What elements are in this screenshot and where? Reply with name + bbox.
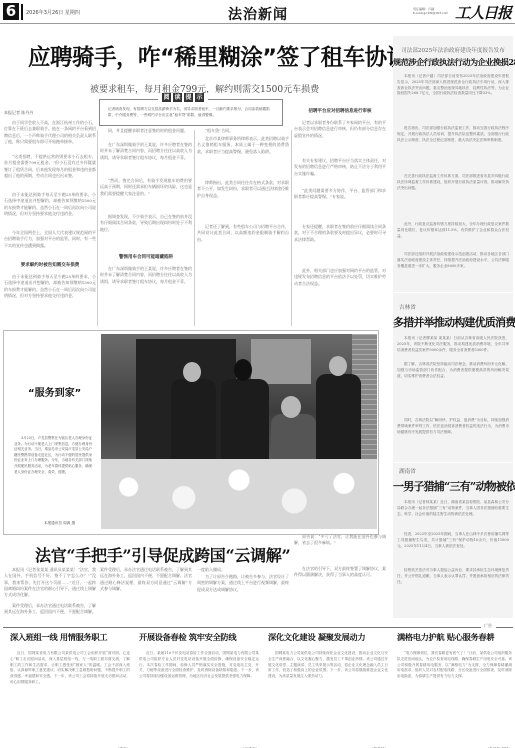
reading-tips-label: 阅 读 提 示 — [158, 93, 208, 102]
editor-info: 责任编辑：卢越 E-mail:grrbfz@163.com — [413, 7, 448, 15]
ad-column: 深入班组一线 用情服务职工 近日，国网某省电力有限公司某供电公司工会组织开展“面… — [10, 632, 130, 748]
newspaper-logo: 工人日报 — [455, 2, 511, 23]
ad-body: 近日，国网某省电力有限公司某供电公司工会组织开展“面对面、心连心”职工走访慰问活… — [10, 651, 130, 746]
reading-tips-char: 读 — [173, 93, 182, 102]
ad-column: 开展设备春检 筑牢安全防线 近日，某地110千伏变电站春检工作全面启动，国网某电… — [139, 632, 259, 748]
main-story-column-3: “租车贷”合同。 北京市某律师事务所律师表示，此类招聘以骑手名义推销租车服务，本… — [197, 128, 289, 328]
rail-divider — [393, 462, 513, 463]
second-story-column-2: 案件受理后，承办法官通过电话联系被告，了解到其远在海外务工，返回国内不便，不愿配… — [100, 567, 192, 619]
paragraph: 案件受理后，承办法官通过电话联系被告，了解到其远在海外务工，返回国内不便，不愿配… — [4, 603, 96, 615]
ad-title: 深化文化建设 凝聚发展动力 — [268, 632, 388, 643]
paragraph: 由于未能达到骑手每天至少跑25单的要求，小石选择中途退出并想解约，却被告知须缴纳… — [4, 274, 96, 322]
paragraph: 由于同学会收入不高，在浙江杭州工作的小石，打算在下班后去兼职骑手。他在一条网约平… — [4, 120, 96, 154]
paragraph: 经查，2022年至2025年期间，当事人在山林中多次使用捕鸟网等工具猎捕野生鸟类… — [393, 532, 513, 568]
rail-story-title: 一男子猎捕“三有”动物被依法处理 — [393, 478, 513, 494]
right-rail: 司法部2025年法治政府建设年度报告发布 规范涉企行政执法行动为企业挽损288.… — [393, 36, 513, 618]
paragraph: 案件受理后，承办法官通过电话联系被告，了解到其远在海外务工，返回国内不便，不愿配… — [100, 567, 192, 617]
ad-divider — [3, 627, 481, 628]
page-number: 6 — [3, 3, 19, 20]
paragraph: 在广东深圳做骑手的王某说，许多应聘者在签约时并未了解清楚合同内容，而招聘方往往以… — [100, 142, 192, 178]
section-title: 法治新闻 — [228, 4, 288, 24]
second-story-column-4: 原告说：“多亏了法官，让我能在国外也参与调解，省去了很多麻烦。” 在法官的引导下… — [294, 534, 386, 620]
section-head: 招聘平台应对招聘信息进行审核 — [294, 108, 386, 114]
paragraph: 同时，吉林法院以“解纷快、护权益、促消费”为目标，持续加强消费领域案件审判工作，… — [393, 418, 513, 458]
column-divider — [291, 130, 292, 326]
main-story-column-4: 招聘平台应对招聘信息进行审核 记者以求职者身份联系了多家网约平台，有的平台表示会… — [294, 108, 386, 328]
photo-flowers — [101, 459, 377, 529]
second-headline: 法官“手把手”引导促成跨国“云调解” — [35, 543, 290, 566]
second-story-column-1: 本报讯（记者张某某 通讯员某某某）“法官，我人在国外，手机信号不好，签不了字怎么… — [4, 567, 96, 619]
reading-tips-box: 阅 读 提 示 记者调查发现，有招聘方以支招高薪骑手为名，诱导求职者租车，一旦解… — [99, 99, 283, 126]
photo-credit: 本报通讯员 周源 摄 — [44, 521, 75, 526]
paragraph: 为了让原告少跑路，让被告多参与，法官设计了周密的调解方案，通过线上平台进行视频调… — [197, 574, 289, 618]
rail-story-kicker: 司法部2025年法治政府建设年度报告发布 — [393, 46, 513, 54]
paragraph: “租车贷”合同。 — [197, 128, 289, 136]
paragraph: 本报讯（记者柳某某 姜某某）日前从吉林省高级人民法院获悉，2025年，该院不断优… — [393, 336, 513, 362]
paragraph: 此外，相关部门也应加强对网约平台的监管，对违规发布招聘信息的平台依法予以处罚，切… — [294, 268, 386, 320]
section-head: 警惕用车合同可能暗藏陷阱 — [100, 254, 192, 260]
paragraph: 北京市某律师事务所律师表示，此类招聘以骑手名义推销租车服务，本质上属于一种变相的… — [197, 136, 289, 180]
paragraph: 律师指出，此类合同往往存在格式条款，对求职者不公平，如发生纠纷，求职者可以通过法… — [197, 180, 289, 224]
paragraph: 一度陷入僵局。 — [197, 567, 289, 574]
rail-story-title: 多措并举推动构建优质消费环境 — [393, 314, 513, 330]
paragraph: “这类招聘，不提供运营的则要求小石去租车，首月租金需要799元租金。”但小石没有… — [4, 154, 96, 192]
second-story-column-3: 一度陷入僵局。 为了让原告少跑路，让被告多参与，法官设计了周密的调解方案，通过线… — [197, 567, 289, 619]
ad-body: 国网某电力公司某供电公司持续深化企业文化建设，推动企业文化与安全生产深度融合，以… — [268, 651, 388, 746]
rail-story-province: 吉林省 — [399, 303, 513, 311]
section-head: 要求解约时被告知需交车损费 — [4, 262, 96, 268]
photo-feature: “服务到家” 3月25日，卢龙县警察在为辖区老人办理身份证业务。为行动不便老人上… — [3, 330, 379, 535]
main-story-column-1: 由于同学会收入不高，在浙江杭州工作的小石，打算在下班后去兼职骑手。他在一条网约平… — [4, 120, 96, 330]
photo-caption: 3月25日，卢龙县警察在为辖区老人办理身份证业务。为行动不便老人上门采集信息，方… — [14, 436, 92, 475]
paragraph: 由于未能达到骑手每天至少跑25单的要求，小石选择中途退出并想解约，却被告知须缴纳… — [4, 192, 96, 230]
column-divider — [97, 130, 98, 326]
page-number-bar — [21, 4, 23, 20]
paragraph: 在完善行政执法监督工作体系方面，司法部推进省市县乡四级行政执法协调监督工作体系建… — [393, 174, 513, 222]
paragraph: 司法部还组织开展法治政府建设示范创建活动，推动各地区各部门落实法治政府建设主体责… — [393, 252, 513, 288]
photo-elderly-head — [281, 396, 301, 418]
photo-window — [251, 339, 311, 384]
ad-title: 深入班组一线 用情服务职工 — [10, 632, 130, 643]
main-story-column-2: 同，并且提醒求职者注意签约时的租金问题。 在广东深圳做骑手的王某说，许多应聘者在… — [100, 128, 192, 328]
photo-officer-cap — [234, 359, 252, 381]
publication-date: 2026年3月26日 星期四 — [26, 9, 80, 16]
rail-divider — [393, 292, 513, 293]
paragraph: 据了解，吉林省法院坚持能动司法理念，推动消费纠纷多元化解，加强与市场监管部门协作… — [393, 362, 513, 418]
paragraph: 本报讯（记者张某某 通讯员某某某）“法官，我人在国外，手机信号不好，签不了字怎么… — [4, 567, 96, 603]
masthead: 6 2026年3月26日 星期四 法治新闻 责任编辑：卢越 E-mail:grr… — [0, 0, 515, 24]
rail-story-title: 规范涉企行政执法行动为企业挽损288.7亿元 — [393, 57, 513, 68]
paragraph: 记者以求职者身份联系了多家网约平台，有的平台表示会对招聘信息进行审核，但仍有部分… — [294, 120, 386, 158]
main-byline: 本报记者 陈丹丹 — [4, 110, 33, 116]
ad-body: 近日，某地110千伏变电站春检工作全面启动，国网某电力有限公司某供电公司组织专业… — [139, 651, 259, 746]
paragraph: 原告说：“多亏了法官，让我能在国外也参与调解，省去了很多麻烦。” — [294, 534, 386, 566]
paragraph: 检察机关依法对当事人提起公益诉讼，要求其承担生态环境修复责任，并公开赔礼道歉，当… — [393, 568, 513, 592]
paragraph: 在法官的引导下，双方最终签署了调解协议，案件得以圆满解决，获得了当事人的高度认可… — [294, 566, 386, 616]
ad-title: 满格电力护航 贴心服务春耕 — [397, 632, 512, 643]
column-divider — [194, 130, 195, 326]
ad-body: “电力保障到位，我们春耕更有底气了！”日前，某供电公司组织服务队走进田间地头，为… — [397, 651, 512, 746]
ad-column: 深化文化建设 凝聚发展动力 国网某电力公司某供电公司持续深化企业文化建设，推动企… — [268, 632, 388, 748]
photo-title: “服务到家” — [28, 384, 81, 399]
ad-title: 开展设备春检 筑牢安全防线 — [139, 632, 259, 643]
news-photo[interactable] — [101, 334, 377, 529]
rail-story-province: 湖南省 — [399, 467, 513, 475]
ad-divider — [496, 627, 513, 628]
photo-family-head — [329, 356, 347, 376]
paragraph: 有关专家建议，招聘平台应当落实主体责任，对发布的招聘信息进行严格审核，防止不法分… — [294, 158, 386, 188]
paragraph: 本报讯（记者卢越）司法部日前发布2025年法治政府建设年度报告显示，2025年司… — [393, 74, 513, 126]
main-headline: 应聘骑手，咋“稀里糊涂”签了租车协议？ — [28, 40, 431, 72]
reading-tips-text: 记者调查发现，有招聘方以支招高薪骑手为名，诱导求职者租车，一旦解约要求赔付，合同… — [108, 106, 276, 118]
paragraph: 此外，行政复议监督纠错力度持续加大，全年办理行政复议案件数量同比增长，复议纠错率… — [393, 222, 513, 252]
paragraph: 今年全国两会上，全国人大代表建议规范网约平台招聘骑手行为，加强对平台的监管，同时… — [4, 230, 96, 256]
paragraph: 记者还了解到，有些租车公司与招聘平台合作，共同设计此类合同，以高额违约金限制骑手… — [197, 224, 289, 324]
ad-label: 广告 — [484, 623, 492, 629]
photo-officer-head — [183, 362, 201, 382]
editor-email[interactable]: E-mail:grrbfz@163.com — [413, 11, 448, 15]
paragraph: 专家还提醒，求职者在签约前应仔细阅读合同条款，对于不合理的条款要及时提出异议，必… — [294, 224, 386, 268]
paragraph: 本报讯（记者林某某）近日，湖南省某县检察院、某县森林公安分局联合办理一起非法猎捕… — [393, 500, 513, 532]
reading-tips-char: 示 — [195, 93, 204, 102]
reading-tips-char: 提 — [184, 93, 193, 102]
paragraph: 同，并且提醒求职者注意签约时的租金问题。 — [100, 128, 192, 142]
ad-column: 满格电力护航 贴心服务春耕 “电力保障到位，我们春耕更有底气了！”日前，某供电公… — [397, 632, 512, 748]
paragraph: 报告指出，司法部加强行政执法监督工作，推动完善行政执法程序规定，开展行政执法人员… — [393, 126, 513, 174]
paragraph: “然而，签完合同后，有骑手发现租车的费用要远高于预期，同时还需承担车辆损坏的风险… — [100, 178, 192, 214]
paragraph: “此类问题需要多方协作，平台、监管部门和求职者都应提高警惕。”专家说。 — [294, 188, 386, 224]
paragraph: 在广东深圳做骑手的王某说，许多应聘者在签约时并未了解清楚合同内容，而招聘方往往以… — [100, 266, 192, 316]
reading-tips-char: 阅 — [162, 93, 171, 102]
paragraph: 据调查发现，不少骑手表示，自己在签约前并没有仔细阅读合同条款，导致后期出现纠纷时… — [100, 214, 192, 248]
